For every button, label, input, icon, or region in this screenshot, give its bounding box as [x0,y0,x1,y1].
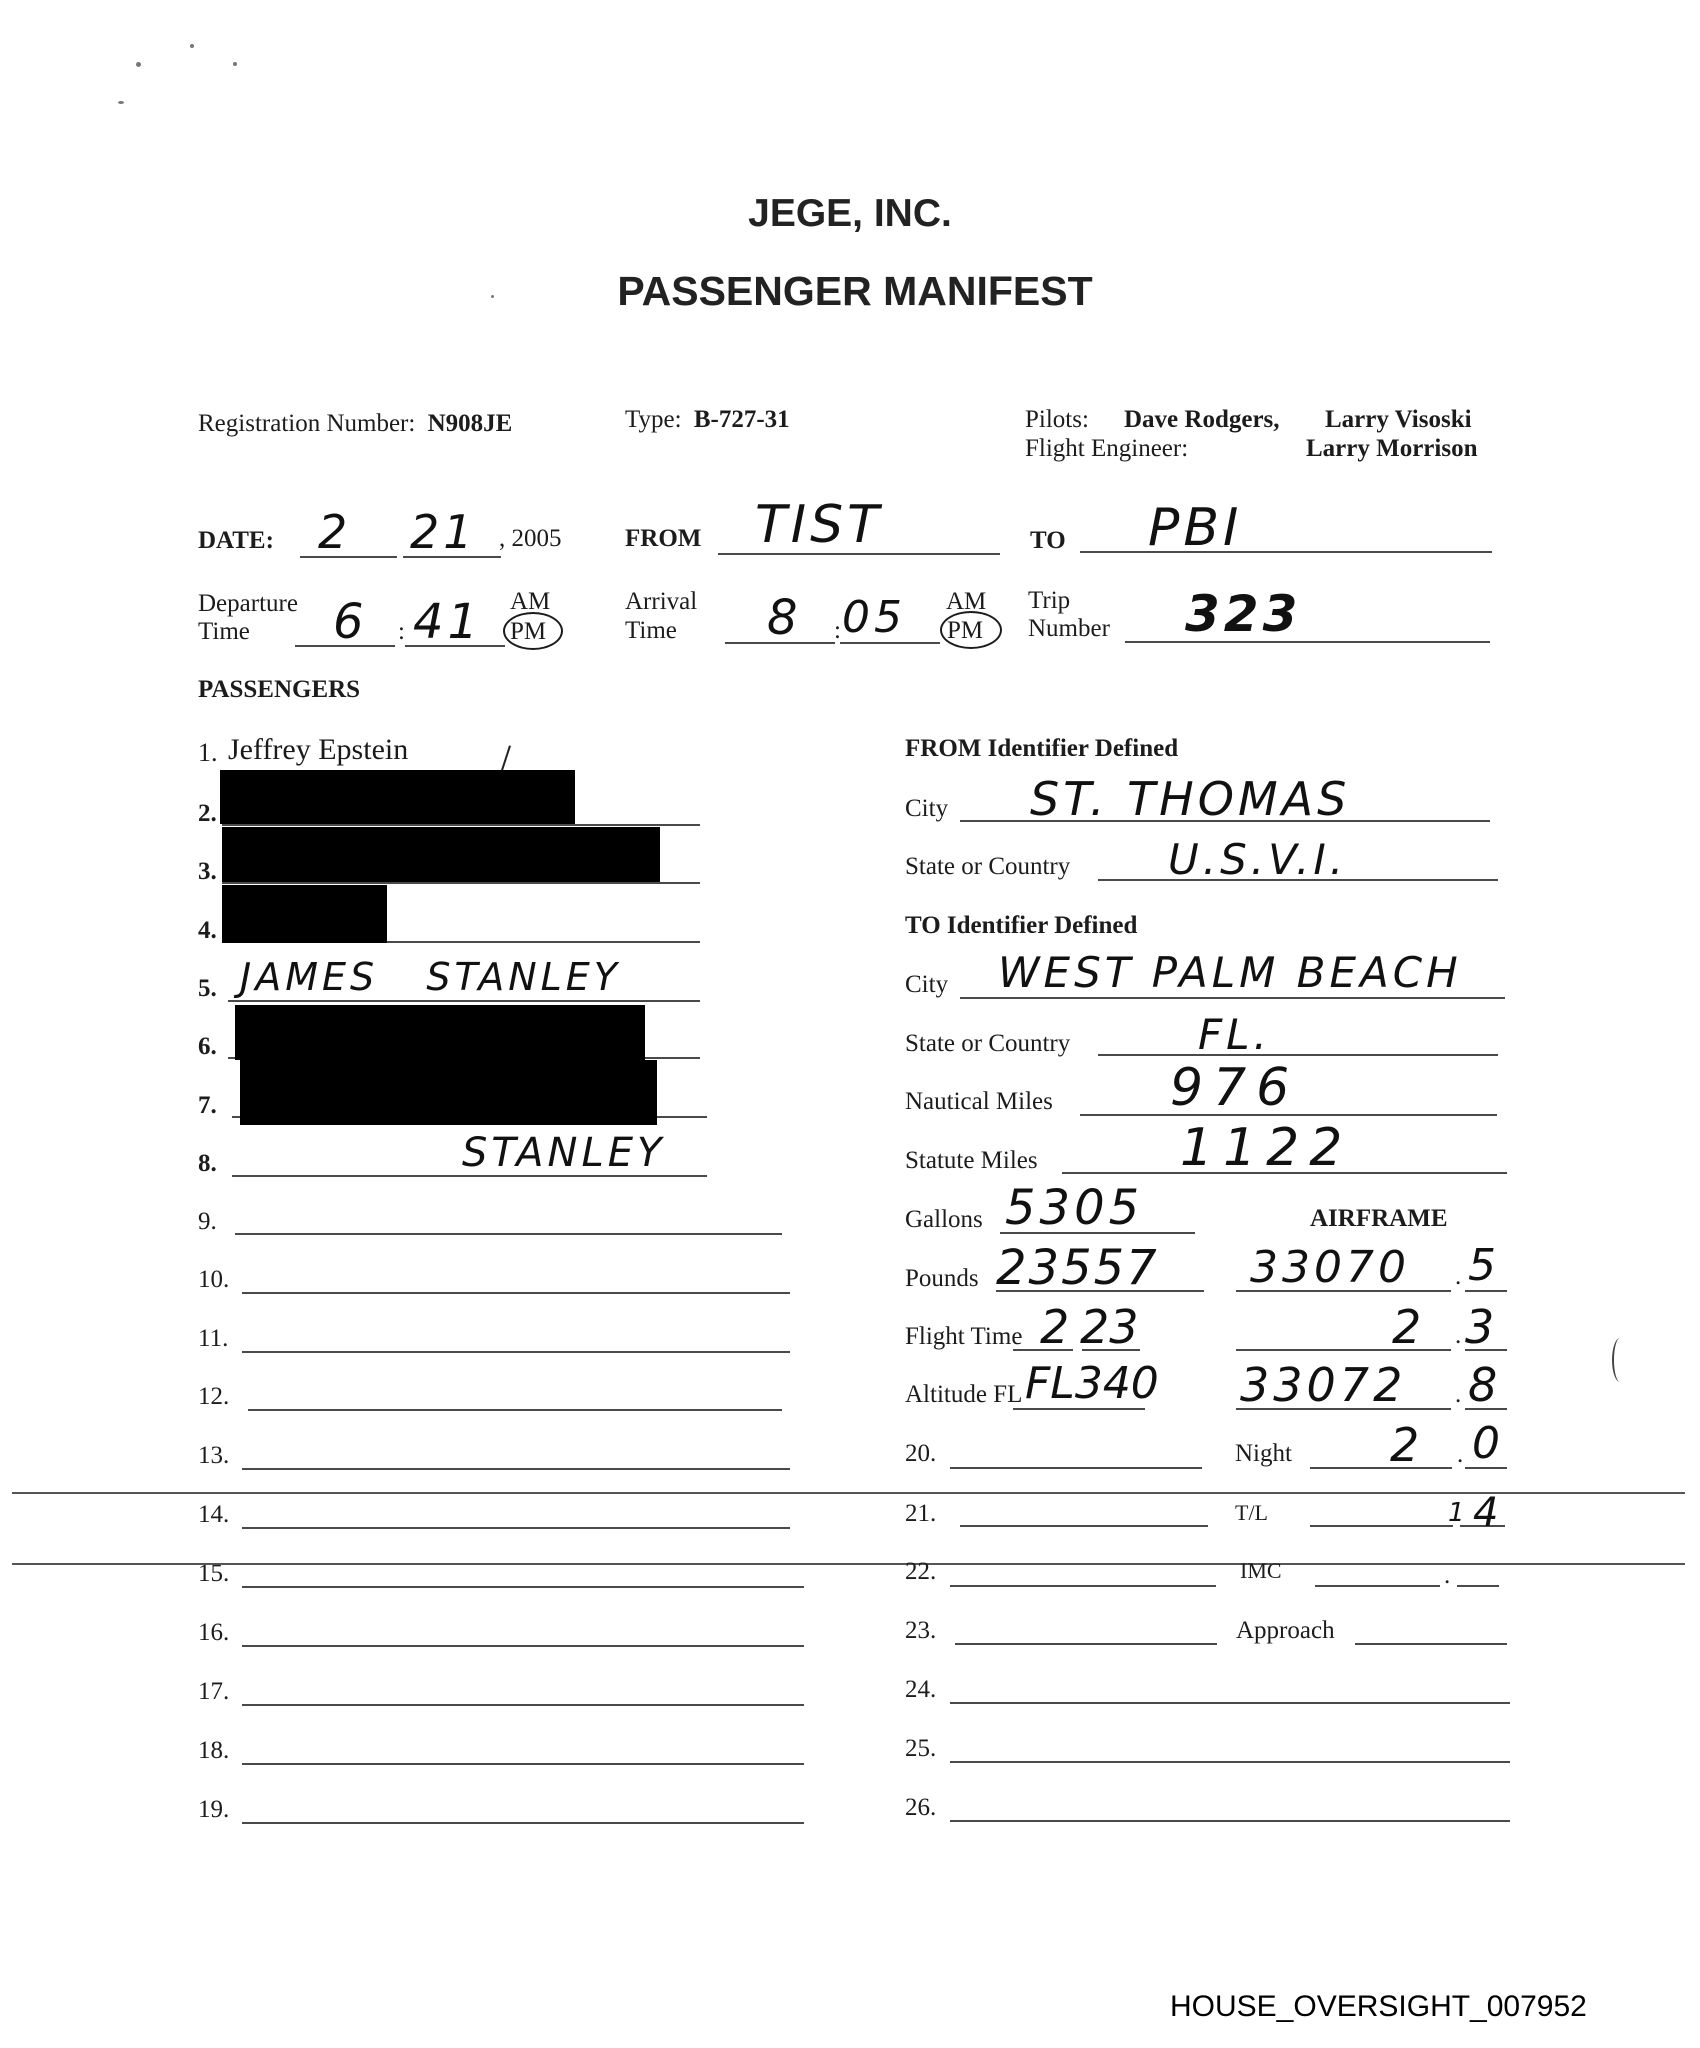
extra-row-26-number: 26. [905,1794,936,1822]
scan-speck [233,62,237,66]
flight-time-minutes[interactable]: 23 [1080,1300,1139,1354]
approach-line[interactable] [1355,1643,1507,1645]
passenger-16-number: 16. [198,1619,229,1647]
date-day-value[interactable]: 21 [410,505,477,559]
date-label: DATE: [198,527,274,555]
passenger-13-number: 13. [198,1442,229,1470]
gallons-value[interactable]: 5305 [1005,1180,1143,1236]
passenger-5-line [228,1000,700,1002]
passenger-2-line [222,824,700,826]
passenger-14-number: 14. [198,1501,229,1529]
passenger-1-name[interactable]: Jeffrey Epstein [228,733,408,767]
passenger-19-line[interactable] [242,1822,804,1824]
passenger-14-line[interactable] [242,1527,790,1529]
registration-value: N908JE [428,410,513,437]
from-identifier-heading: FROM Identifier Defined [905,735,1178,763]
airframe-end-dot: . [1455,1381,1461,1409]
extra-row-20-number: 20. [905,1440,936,1468]
nautical-miles-label: Nautical Miles [905,1088,1053,1116]
from-state-label: State or Country [905,853,1070,881]
tl-label: T/L [1235,1500,1268,1526]
arrival-hour[interactable]: 8 [767,590,802,646]
passengers-heading: PASSENGERS [198,676,360,704]
extra-row-24-line[interactable] [950,1702,1510,1704]
passenger-6-number: 6. [198,1033,217,1061]
passenger-16-line[interactable] [242,1645,804,1647]
extra-row-25-number: 25. [905,1735,936,1763]
passenger-5-name[interactable]: JAMES STANLEY [240,955,621,999]
scan-speck [118,101,124,104]
from-value[interactable]: TIST [755,495,883,555]
pilot-1: Dave Rodgers, [1124,406,1280,434]
from-state-value[interactable]: U.S.V.I. [1168,835,1347,884]
to-label: TO [1030,527,1066,555]
night-dot: . [1457,1441,1463,1469]
passenger-8-number: 8. [198,1150,217,1178]
trip-number-line [1125,641,1490,643]
to-city-value[interactable]: WEST PALM BEACH [998,948,1462,997]
pen-mark [501,745,511,770]
type-field: Type: B-727-31 [625,406,790,434]
departure-minute[interactable]: 41 [413,594,482,650]
passenger-7-redaction [240,1060,657,1125]
passenger-17-line[interactable] [242,1704,804,1706]
to-identifier-heading: TO Identifier Defined [905,912,1137,940]
airframe-start-int[interactable]: 33070 [1250,1242,1410,1293]
extra-row-22-line[interactable] [950,1585,1216,1587]
departure-label-1: Departure [198,590,298,618]
night-line [1310,1467,1452,1469]
flight-engineer-label: Flight Engineer: [1025,435,1188,463]
passenger-13-line[interactable] [242,1468,790,1470]
departure-pm-circle [503,612,563,650]
arrival-label-2: Time [625,617,677,645]
trip-label-1: Trip [1028,587,1070,615]
passenger-10-number: 10. [198,1266,229,1294]
extra-row-23-line[interactable] [955,1643,1217,1645]
passenger-3-line [222,882,700,884]
imc-line[interactable] [1315,1585,1440,1587]
type-value: B-727-31 [694,406,790,433]
tl-line [1310,1525,1453,1527]
night-int[interactable]: 2 [1390,1418,1423,1472]
flight-engineer-value: Larry Morrison [1306,435,1477,463]
airframe-end-int[interactable]: 33072 [1240,1358,1406,1412]
night-dec[interactable]: 0 [1472,1418,1504,1469]
departure-label-2: Time [198,618,250,646]
passenger-18-line[interactable] [242,1763,804,1765]
passenger-6-redaction [235,1005,645,1060]
from-city-value[interactable]: ST. THOMAS [1030,772,1350,826]
extra-row-22-number: 22. [905,1558,936,1586]
airframe-start-dot: . [1455,1263,1461,1291]
company-name: JEGE, INC. [0,192,1700,236]
passenger-2-redaction [220,770,575,824]
passenger-5-number: 5. [198,975,217,1003]
extra-row-26-line[interactable] [950,1820,1510,1822]
passenger-9-line[interactable] [235,1233,782,1235]
to-city-label: City [905,971,948,999]
extra-row-25-line[interactable] [950,1761,1510,1763]
stray-bracket-mark [1612,1338,1628,1382]
passenger-11-number: 11. [198,1325,228,1353]
bates-number: HOUSE_OVERSIGHT_007952 [1170,1990,1587,2024]
imc-label: IMC [1240,1558,1282,1584]
passenger-3-number: 3. [198,858,217,886]
registration-field: Registration Number: N908JE [198,410,512,438]
airframe-time-int[interactable]: 2 [1392,1300,1425,1354]
passenger-17-number: 17. [198,1678,229,1706]
imc-dot: . [1444,1562,1450,1590]
departure-hour[interactable]: 6 [333,594,368,650]
passenger-4-redaction [222,885,387,943]
extra-row-21-number: 21. [905,1500,936,1528]
extra-row-20-line[interactable] [950,1467,1202,1469]
passenger-2-number: 2. [198,800,217,828]
gallons-label: Gallons [905,1206,983,1234]
passenger-9-number: 9. [198,1208,217,1236]
passenger-11-line[interactable] [242,1351,790,1353]
passenger-8-name[interactable]: STANLEY [462,1130,665,1176]
altitude-value[interactable]: FL340 [1025,1358,1159,1409]
trip-number[interactable]: 323 [1185,585,1301,643]
to-state-label: State or Country [905,1030,1070,1058]
type-label: Type: [625,406,682,433]
scan-speck [190,44,194,48]
to-line [1080,551,1492,553]
to-city-line [960,997,1505,999]
passenger-3-redaction [222,827,660,882]
from-city-label: City [905,795,948,823]
airframe-time-dec[interactable]: 3 [1465,1300,1498,1354]
night-label: Night [1235,1440,1292,1468]
approach-label: Approach [1236,1617,1335,1645]
pounds-value[interactable]: 23557 [996,1240,1159,1296]
passenger-18-number: 18. [198,1737,229,1765]
passenger-12-line[interactable] [248,1409,782,1411]
passenger-19-number: 19. [198,1796,229,1824]
registration-label: Registration Number: [198,410,415,437]
pounds-label: Pounds [905,1265,979,1293]
arrival-pm-circle [940,611,1002,649]
extra-row-21-line[interactable] [960,1525,1208,1527]
scan-speck [136,62,141,67]
altitude-label: Altitude FL [905,1381,1022,1409]
passenger-12-number: 12. [198,1383,229,1411]
to-value[interactable]: PBI [1148,498,1242,558]
document-title: PASSENGER MANIFEST [0,268,1700,315]
passenger-1-number: 1. [198,738,218,768]
flight-time-label: Flight Time [905,1323,1022,1351]
extra-row-23-number: 23. [905,1617,936,1645]
passenger-10-line[interactable] [242,1292,790,1294]
date-year: , 2005 [499,525,562,553]
passenger-7-number: 7. [198,1092,217,1120]
pilot-2: Larry Visoski [1325,406,1472,434]
tl-value-2[interactable]: 4 [1473,1490,1502,1536]
arrival-colon: : [834,617,841,645]
passenger-4-number: 4. [198,917,217,945]
trip-label-2: Number [1028,615,1110,643]
imc-dec-line[interactable] [1457,1585,1499,1587]
airframe-heading: AIRFRAME [1310,1205,1448,1233]
from-label: FROM [625,525,701,553]
to-state-value[interactable]: FL. [1198,1010,1271,1059]
pilots-label: Pilots: [1025,406,1089,434]
nautical-miles-value[interactable]: 976 [1170,1058,1299,1118]
statute-miles-value[interactable]: 1122 [1180,1118,1352,1178]
arrival-minute[interactable]: 05 [842,592,906,643]
airframe-end-dec[interactable]: 8 [1468,1358,1501,1412]
flight-time-hours[interactable]: 2 [1040,1300,1073,1354]
extra-row-24-number: 24. [905,1676,936,1704]
scan-rule-line [12,1563,1685,1565]
airframe-start-dec[interactable]: 5 [1468,1240,1500,1291]
date-month-value[interactable]: 2 [318,505,351,559]
arrival-label-1: Arrival [625,588,697,616]
statute-miles-label: Statute Miles [905,1147,1038,1175]
scan-rule-line [12,1492,1685,1494]
passenger-15-line[interactable] [242,1586,804,1588]
departure-colon: : [398,618,405,646]
airframe-time-dot: . [1455,1322,1461,1350]
tl-value[interactable]: 1 [1448,1498,1469,1528]
to-state-line [1098,1054,1498,1056]
